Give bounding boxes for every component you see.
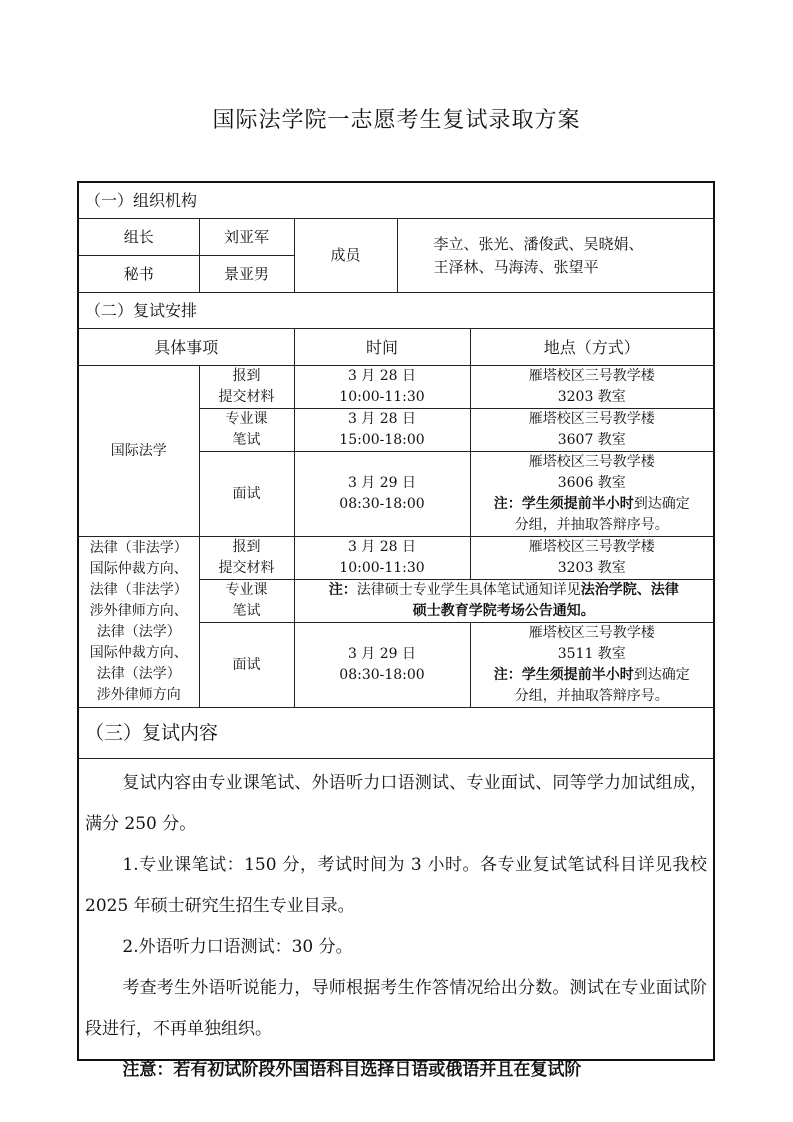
plan-table-frame: （一）组织机构 组长 刘亚军 成员 李立、张光、潘俊武、吴晓娟、 王泽林、马海涛… xyxy=(77,181,715,1061)
column-header-place: 地点（方式） xyxy=(470,329,713,366)
item-cell: 专业课笔试 xyxy=(199,580,294,623)
place-cell: 雁塔校区三号教学楼 3511 教室 注：学生须提前半小时到达确定 分组，并抽取答… xyxy=(470,623,713,708)
paragraph: 2.外语听力口语测试：30 分。 xyxy=(85,927,707,968)
page-title: 国际法学院一志愿考生复试录取方案 xyxy=(0,103,793,134)
item-cell: 报到提交材料 xyxy=(199,537,294,580)
plan-table: （一）组织机构 组长 刘亚军 成员 李立、张光、潘俊武、吴晓娟、 王泽林、马海涛… xyxy=(79,183,713,1091)
item-cell: 专业课笔试 xyxy=(199,409,294,452)
program-cell: 法律（非法学） 国际仲裁方向、 法律（非法学） 涉外律师方向、 法律（法学） 国… xyxy=(79,537,199,708)
paragraph: 1.专业课笔试：150 分，考试时间为 3 小时。各专业复试笔试科目详见我校 2… xyxy=(85,845,707,927)
section-heading-content: （三）复试内容 xyxy=(79,708,713,759)
leader-label: 组长 xyxy=(79,219,199,256)
section-heading-schedule: （二）复试安排 xyxy=(79,293,713,329)
item-cell: 面试 xyxy=(199,623,294,708)
members-list: 李立、张光、潘俊武、吴晓娟、 王泽林、马海涛、张望平 xyxy=(397,219,713,293)
item-cell: 面试 xyxy=(199,452,294,537)
written-exam-note: 注：法律硕士专业学生具体笔试通知详见法治学院、法律 硕士教育学院考场公告通知。 xyxy=(294,580,713,623)
place-cell: 雁塔校区三号教学楼3607 教室 xyxy=(470,409,713,452)
place-cell: 雁塔校区三号教学楼 3606 教室 注：学生须提前半小时到达确定 分组，并抽取答… xyxy=(470,452,713,537)
table-row: 国际法学 报到提交材料 3 月 28 日10:00-11:30 雁塔校区三号教学… xyxy=(79,366,713,409)
column-header-item: 具体事项 xyxy=(79,329,294,366)
content-body: 复试内容由专业课笔试、外语听力口语测试、专业面试、同等学力加试组成，满分 250… xyxy=(79,759,713,1092)
time-cell: 3 月 28 日15:00-18:00 xyxy=(294,409,470,452)
section-heading-organization: （一）组织机构 xyxy=(79,183,713,219)
paragraph: 考查考生外语听说能力，导师根据考生作答情况给出分数。测试在专业面试阶段进行，不再… xyxy=(85,968,707,1050)
members-line: 王泽林、马海涛、张望平 xyxy=(434,256,714,279)
time-cell: 3 月 28 日10:00-11:30 xyxy=(294,537,470,580)
table-row: 法律（非法学） 国际仲裁方向、 法律（非法学） 涉外律师方向、 法律（法学） 国… xyxy=(79,537,713,580)
place-cell: 雁塔校区三号教学楼3203 教室 xyxy=(470,366,713,409)
time-cell: 3 月 29 日08:30-18:00 xyxy=(294,623,470,708)
place-cell: 雁塔校区三号教学楼3203 教室 xyxy=(470,537,713,580)
leader-name: 刘亚军 xyxy=(199,219,294,256)
column-header-time: 时间 xyxy=(294,329,470,366)
members-line: 李立、张光、潘俊武、吴晓娟、 xyxy=(434,233,714,256)
paragraph-notice: 注意：若有初试阶段外国语科目选择日语或俄语并且在复试阶 xyxy=(85,1050,707,1091)
secretary-label: 秘书 xyxy=(79,256,199,293)
time-cell: 3 月 29 日08:30-18:00 xyxy=(294,452,470,537)
secretary-name: 景亚男 xyxy=(199,256,294,293)
time-cell: 3 月 28 日10:00-11:30 xyxy=(294,366,470,409)
program-cell: 国际法学 xyxy=(79,366,199,537)
item-cell: 报到提交材料 xyxy=(199,366,294,409)
members-label: 成员 xyxy=(294,219,397,293)
paragraph: 复试内容由专业课笔试、外语听力口语测试、专业面试、同等学力加试组成，满分 250… xyxy=(85,763,707,845)
